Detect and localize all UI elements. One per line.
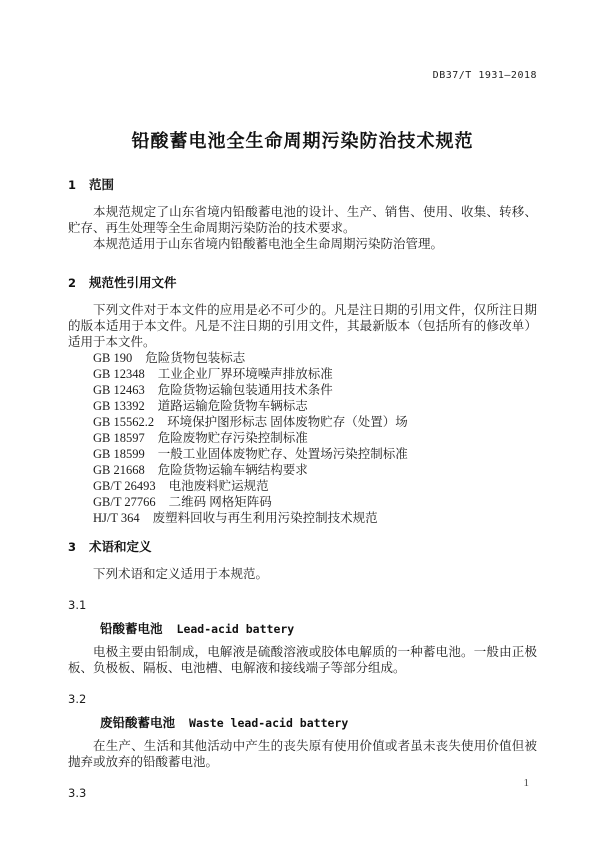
section-2-heading: 2规范性引用文件 — [68, 276, 537, 290]
term-definition-3-1: 电极主要由铅制成，电解液是硫酸溶液或胶体电解质的一种蓄电池。一般由正极板、负极板… — [68, 644, 537, 676]
reference-code: GB/T 27766 — [93, 495, 156, 509]
reference-code: GB 13392 — [93, 399, 145, 413]
section-1-paragraph-1: 本规范规定了山东省境内铅酸蓄电池的设计、生产、销售、使用、收集、转移、贮存、再生… — [68, 204, 537, 236]
clause-number-3-1: 3.1 — [68, 598, 537, 612]
reference-item: GB/T 27766二维码 网格矩阵码 — [68, 494, 537, 510]
section-1-title: 范围 — [89, 178, 114, 192]
reference-title: 危险货物包装标志 — [145, 351, 245, 365]
reference-item: HJ/T 364废塑料回收与再生利用污染控制技术规范 — [68, 510, 537, 526]
reference-title: 工业企业厂界环境噪声排放标准 — [158, 367, 333, 381]
reference-title: 危险货物运输车辆结构要求 — [158, 463, 308, 477]
reference-code: GB 190 — [93, 351, 132, 365]
section-3-number: 3 — [68, 540, 76, 554]
reference-code: GB 12348 — [93, 367, 145, 381]
reference-code: GB 21668 — [93, 463, 145, 477]
reference-title: 电池废料贮运规范 — [169, 479, 269, 493]
reference-code: HJ/T 364 — [93, 511, 140, 525]
reference-item: GB 190危险货物包装标志 — [68, 350, 537, 366]
document-page: DB37/T 1931—2018 铅酸蓄电池全生命周期污染防治技术规范 1范围 … — [0, 0, 595, 841]
reference-item: GB/T 26493电池废料贮运规范 — [68, 478, 537, 494]
standard-code-header: DB37/T 1931—2018 — [68, 70, 537, 82]
section-3-intro: 下列术语和定义适用于本规范。 — [68, 566, 537, 582]
reference-title: 危险废物贮存污染控制标准 — [158, 431, 308, 445]
section-2-number: 2 — [68, 276, 76, 290]
reference-title: 危险货物运输包装通用技术条件 — [158, 383, 333, 397]
reference-code: GB 18597 — [93, 431, 145, 445]
reference-item: GB 21668危险货物运输车辆结构要求 — [68, 462, 537, 478]
reference-title: 一般工业固体废物贮存、处置场污染控制标准 — [158, 447, 408, 461]
clause-number-3-3: 3.3 — [68, 786, 537, 800]
term-heading-3-1: 铅酸蓄电池Lead-acid battery — [68, 622, 537, 636]
document-title: 铅酸蓄电池全生命周期污染防治技术规范 — [68, 130, 537, 152]
term-definition-3-2: 在生产、生活和其他活动中产生的丧失原有使用价值或者虽未丧失使用价值但被抛弃或放弃… — [68, 738, 537, 770]
section-2-intro: 下列文件对于本文件的应用是必不可少的。凡是注日期的引用文件，仅所注日期的版本适用… — [68, 302, 537, 350]
reference-item: GB 18599一般工业固体废物贮存、处置场污染控制标准 — [68, 446, 537, 462]
reference-title: 二维码 网格矩阵码 — [169, 495, 272, 509]
section-1-heading: 1范围 — [68, 178, 537, 192]
reference-title: 废塑料回收与再生利用污染控制技术规范 — [153, 511, 378, 525]
reference-code: GB 15562.2 — [93, 415, 154, 429]
reference-item: GB 18597危险废物贮存污染控制标准 — [68, 430, 537, 446]
reference-title: 道路运输危险货物车辆标志 — [158, 399, 308, 413]
section-1-paragraph-2: 本规范适用于山东省境内铅酸蓄电池全生命周期污染防治管理。 — [68, 236, 537, 252]
term-chinese: 铅酸蓄电池 — [100, 622, 163, 636]
term-english: Lead-acid battery — [177, 622, 295, 636]
page-number: 1 — [524, 777, 530, 789]
term-chinese: 废铅酸蓄电池 — [100, 716, 175, 730]
reference-code: GB/T 26493 — [93, 479, 156, 493]
term-heading-3-2: 废铅酸蓄电池Waste lead-acid battery — [68, 716, 537, 730]
section-3-title: 术语和定义 — [89, 540, 152, 554]
clause-number-3-2: 3.2 — [68, 692, 537, 706]
reference-code: GB 18599 — [93, 447, 145, 461]
reference-item: GB 12463危险货物运输包装通用技术条件 — [68, 382, 537, 398]
reference-code: GB 12463 — [93, 383, 145, 397]
reference-item: GB 13392道路运输危险货物车辆标志 — [68, 398, 537, 414]
term-english: Waste lead-acid battery — [189, 716, 348, 730]
section-2-title: 规范性引用文件 — [89, 276, 177, 290]
section-3-heading: 3术语和定义 — [68, 540, 537, 554]
reference-list: GB 190危险货物包装标志 GB 12348工业企业厂界环境噪声排放标准 GB… — [68, 350, 537, 526]
reference-item: GB 15562.2环境保护图形标志 固体废物贮存（处置）场 — [68, 414, 537, 430]
reference-item: GB 12348工业企业厂界环境噪声排放标准 — [68, 366, 537, 382]
section-1-number: 1 — [68, 178, 76, 192]
reference-title: 环境保护图形标志 固体废物贮存（处置）场 — [167, 415, 408, 429]
